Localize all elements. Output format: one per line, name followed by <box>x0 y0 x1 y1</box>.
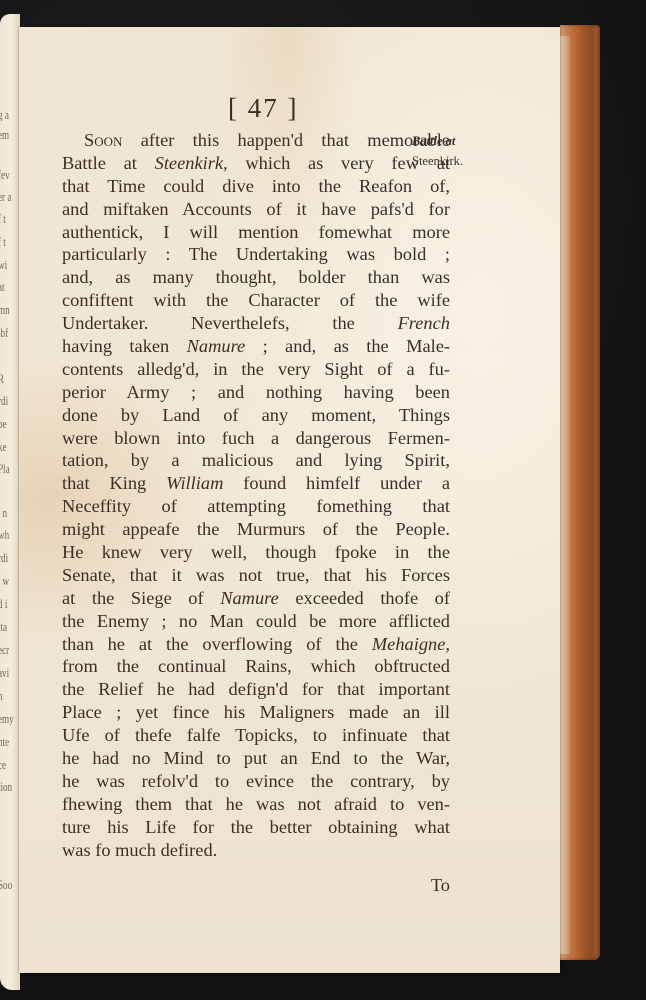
text-line: particularly : The Undertaking was bold … <box>62 243 450 266</box>
previous-page-text-fragment: wi <box>0 258 15 271</box>
text-segment: after this happen'd that memorable <box>122 130 450 150</box>
text-line: he was refolv'd to evince the contrary, … <box>62 770 450 793</box>
text-line: at the Siege of Namure exceeded thofe of <box>62 587 450 610</box>
text-segment: ; and, as the Male- <box>245 336 450 356</box>
text-line: and miftaken Accounts of it have pafs'd … <box>62 198 450 221</box>
text-segment: found himfelf under a <box>223 473 450 493</box>
previous-page-text-fragment: ibf <box>0 326 15 339</box>
previous-page-text-fragment: at <box>0 280 15 293</box>
text-segment: ture his Life for the better obtaining w… <box>62 817 450 837</box>
italic-text: Mehaigne, <box>372 634 450 654</box>
text-line: than he at the overflowing of the Mehaig… <box>62 633 450 656</box>
previous-page-text-fragment: g a <box>0 108 15 121</box>
previous-page-text-fragment: em <box>0 128 15 141</box>
text-line: was fo much defired. <box>62 839 450 862</box>
text-segment: Neceffity of attempting fomething that <box>62 496 450 516</box>
text-line: authentick, I will mention fomewhat more <box>62 221 450 244</box>
italic-text: Namure <box>187 336 246 356</box>
text-segment: he was refolv'd to evince the contrary, … <box>62 771 450 791</box>
text-segment: Senate, that it was not true, that his F… <box>62 565 450 585</box>
text-segment: authentick, I will mention fomewhat more <box>62 222 450 242</box>
text-line: might appeafe the Murmurs of the People. <box>62 518 450 541</box>
previous-page-text-fragment: tion <box>0 780 15 793</box>
text-segment: exceeded thofe of <box>279 588 450 608</box>
text-segment: particularly : The Undertaking was bold … <box>62 244 450 264</box>
text-segment: having taken <box>62 336 187 356</box>
text-line: were blown into fuch a dangerous Fermen- <box>62 427 450 450</box>
previous-page-text-fragment: fev <box>0 168 15 181</box>
italic-text: French <box>398 313 450 333</box>
text-line: he had no Mind to put an End to the War, <box>62 747 450 770</box>
previous-page-text-fragment: nte <box>0 735 15 748</box>
text-segment: Place ; yet fince his Maligners made an … <box>62 702 450 722</box>
text-segment: he had no Mind to put an End to the War, <box>62 748 450 768</box>
previous-page-text-fragment: R <box>0 372 15 385</box>
small-caps-text: Soon <box>84 130 122 150</box>
text-segment: tation, by a malicious and lying Spirit, <box>62 450 450 470</box>
text-line: and, as many thought, bolder than was <box>62 266 450 289</box>
previous-page-text-fragment: rdi <box>0 394 15 407</box>
text-line: perior Army ; and nothing having been <box>62 381 450 404</box>
text-line: tation, by a malicious and lying Spirit, <box>62 449 450 472</box>
italic-text: Steenkirk, <box>155 153 228 173</box>
text-line: He knew very well, though fpoke in the <box>62 541 450 564</box>
previous-page-text-fragment: d i <box>0 597 15 610</box>
text-segment: than he at the overflowing of the <box>62 634 372 654</box>
text-line: that Time could dive into the Reafon of, <box>62 175 450 198</box>
previous-page-edge: g aemfever af tf twiatmnibfRrdipekePla, … <box>0 14 20 990</box>
text-line: the Enemy ; no Man could be more afflict… <box>62 610 450 633</box>
text-segment: fhewing them that he was not afraid to v… <box>62 794 450 814</box>
text-line: contents alledg'd, in the very Sight of … <box>62 358 450 381</box>
previous-page-text-fragment: Pla <box>0 462 15 475</box>
previous-page-text-fragment: , n <box>0 506 15 519</box>
previous-page-text-fragment: , w <box>0 574 15 587</box>
text-segment: the Relief he had defign'd for that impo… <box>62 679 450 699</box>
text-segment: done by Land of any moment, Things <box>62 405 450 425</box>
text-line: Undertaker. Neverthelefs, the French <box>62 312 450 335</box>
previous-page-text-fragment: rdi <box>0 551 15 564</box>
text-segment: at the Siege of <box>62 588 220 608</box>
margin-note: Battle at Steenkirk. <box>412 131 492 171</box>
text-line: Senate, that it was not true, that his F… <box>62 564 450 587</box>
previous-page-text-fragment: mn <box>0 303 15 316</box>
previous-page-text-fragment: f t <box>0 212 15 225</box>
text-segment: He knew very well, though fpoke in the <box>62 542 450 562</box>
text-segment: was fo much defired. <box>62 840 217 860</box>
text-line: Place ; yet fince his Maligners made an … <box>62 701 450 724</box>
text-segment: Battle at <box>62 153 155 173</box>
text-segment: that Time could dive into the Reafon of, <box>62 176 450 196</box>
catchword: To <box>62 874 450 897</box>
text-line: Neceffity of attempting fomething that <box>62 495 450 518</box>
page-number: [ 47 ] <box>228 93 298 124</box>
text-line: Soon after this happen'd that memorable <box>62 129 450 152</box>
body-text: Soon after this happen'd that memorableB… <box>62 129 450 896</box>
previous-page-text-fragment: er a <box>0 190 15 203</box>
text-line: Battle at Steenkirk, which as very few a… <box>62 152 450 175</box>
text-line: from the continual Rains, which obftruct… <box>62 655 450 678</box>
text-line: done by Land of any moment, Things <box>62 404 450 427</box>
previous-page-text-fragment: ecr <box>0 643 15 656</box>
margin-note-line: Steenkirk. <box>412 151 492 171</box>
text-segment: Ufe of thefe falfe Topicks, to infinuate… <box>62 725 450 745</box>
text-segment: contents alledg'd, in the very Sight of … <box>62 359 450 379</box>
text-segment: might appeafe the Murmurs of the People. <box>62 519 450 539</box>
previous-page-text-fragment: Soo <box>0 878 15 891</box>
previous-page-text-fragment: pe <box>0 417 15 430</box>
italic-text: William <box>166 473 223 493</box>
text-line: the Relief he had defign'd for that impo… <box>62 678 450 701</box>
text-segment: the Enemy ; no Man could be more afflict… <box>62 611 450 631</box>
previous-page-text-fragment: emy <box>0 712 15 725</box>
book-page: [ 47 ] Soon after this happen'd that mem… <box>19 27 560 973</box>
previous-page-text-fragment: ce <box>0 758 15 771</box>
text-segment: from the continual Rains, which obftruct… <box>62 656 450 676</box>
text-segment: and, as many thought, bolder than was <box>62 267 450 287</box>
previous-page-text-fragment: tta <box>0 620 15 633</box>
text-line: having taken Namure ; and, as the Male- <box>62 335 450 358</box>
previous-page-text-fragment: n <box>0 689 15 702</box>
previous-page-text-fragment: wh <box>0 528 15 541</box>
text-segment: and miftaken Accounts of it have pafs'd … <box>62 199 450 219</box>
previous-page-text-fragment: avi <box>0 666 15 679</box>
previous-page-text-fragment: f t <box>0 235 15 248</box>
italic-text: Namure <box>220 588 279 608</box>
text-segment: were blown into fuch a dangerous Fermen- <box>62 428 450 448</box>
text-line: fhewing them that he was not afraid to v… <box>62 793 450 816</box>
text-segment: perior Army ; and nothing having been <box>62 382 450 402</box>
text-line: ture his Life for the better obtaining w… <box>62 816 450 839</box>
text-line: confiftent with the Character of the wif… <box>62 289 450 312</box>
previous-page-text-fragment: ke <box>0 440 15 453</box>
text-segment: Undertaker. Neverthelefs, the <box>62 313 398 333</box>
margin-note-line: Battle at <box>412 131 492 151</box>
text-segment: confiftent with the Character of the wif… <box>62 290 450 310</box>
text-line: that King William found himfelf under a <box>62 472 450 495</box>
text-line: Ufe of thefe falfe Topicks, to infinuate… <box>62 724 450 747</box>
text-segment: that King <box>62 473 166 493</box>
